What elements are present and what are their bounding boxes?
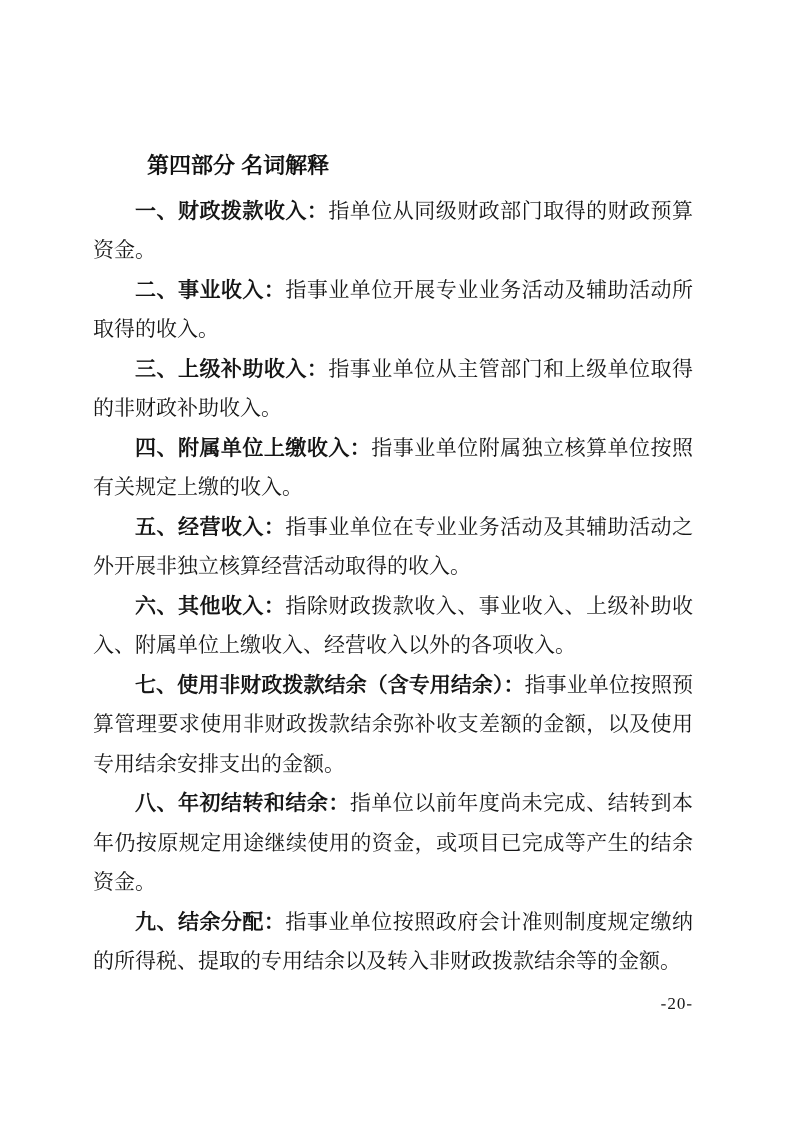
page-number: -20-	[93, 995, 693, 1012]
term-paragraph: 八、年初结转和结余：指单位以前年度尚未完成、结转到本年仍按原规定用途继续使用的资…	[93, 784, 693, 903]
term-paragraph: 三、上级补助收入：指事业单位从主管部门和上级单位取得的非财政补助收入。	[93, 350, 693, 429]
term-paragraph: 四、附属单位上缴收入：指事业单位附属独立核算单位按照有关规定上缴的收入。	[93, 429, 693, 508]
term-label: 一、财政拨款收入：	[135, 199, 328, 223]
term-label: 三、上级补助收入：	[135, 357, 328, 381]
term-label: 八、年初结转和结余：	[135, 791, 350, 815]
term-label: 二、事业收入：	[135, 278, 285, 302]
term-label: 九、结余分配：	[135, 910, 285, 934]
term-paragraph: 一、财政拨款收入：指单位从同级财政部门取得的财政预算资金。	[93, 192, 693, 271]
term-paragraph: 二、事业收入：指事业单位开展专业业务活动及辅助活动所取得的收入。	[93, 271, 693, 350]
section-heading: 第四部分 名词解释	[93, 146, 693, 186]
term-paragraph: 五、经营收入：指事业单位在专业业务活动及其辅助活动之外开展非独立核算经营活动取得…	[93, 508, 693, 587]
term-label: 五、经营收入：	[135, 515, 285, 539]
term-label: 四、附属单位上缴收入：	[135, 436, 371, 460]
term-paragraph: 六、其他收入：指除财政拨款收入、事业收入、上级补助收入、附属单位上缴收入、经营收…	[93, 587, 693, 666]
term-paragraph: 九、结余分配：指事业单位按照政府会计准则制度规定缴纳的所得税、提取的专用结余以及…	[93, 903, 693, 982]
document-page: 第四部分 名词解释 一、财政拨款收入：指单位从同级财政部门取得的财政预算资金。 …	[0, 0, 793, 1122]
term-label: 六、其他收入：	[135, 594, 285, 618]
term-label: 七、使用非财政拨款结余（含专用结余）：	[135, 673, 525, 697]
term-paragraph: 七、使用非财政拨款结余（含专用结余）：指事业单位按照预算管理要求使用非财政拨款结…	[93, 666, 693, 785]
